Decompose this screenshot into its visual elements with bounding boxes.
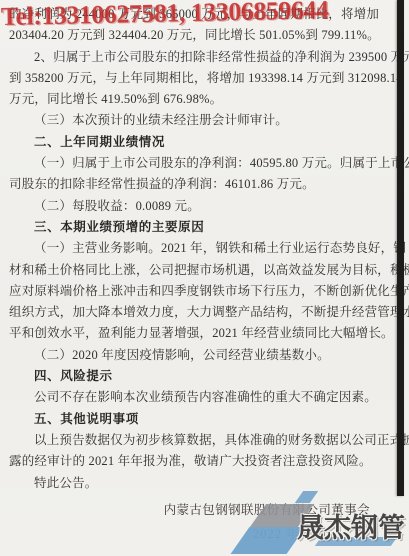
- text-line: （三）本次预计的业绩未经注册会计师审计。: [9, 110, 395, 131]
- text-line: 材和稀土价格同比上涨，公司把握市场机遇，以高效益发展为目标，积极: [9, 260, 395, 281]
- section-heading: 五、其他说明事项: [9, 409, 395, 430]
- text-line: （一）主营业务影响。2021 年，钢铁和稀土行业运行态势良好，钢: [9, 238, 395, 259]
- text-line: 司股东的扣除非经常性损益的净利润：46101.86 万元。: [9, 174, 395, 195]
- text-line: 万元，同比增长 419.50%到 676.98%。: [9, 89, 395, 110]
- scan-border: [397, 0, 404, 496]
- text-line: 公司不存在影响本次业绩预告内容准确性的重大不确定因素。: [9, 387, 395, 408]
- text-line: 2、归属于上市公司股东的扣除非经常性损益的净利润为 239500 万元: [9, 47, 395, 68]
- text-line: 组织方式，加大降本增效力度，大力调整产品结构，不断提升经营管理水: [9, 302, 395, 323]
- section-heading: 四、风险提示: [9, 366, 395, 387]
- text-line: （二）每股收益：0.0089 元。: [9, 196, 395, 217]
- text-line: （二）2020 年度因疫情影响，公司经营业绩基数小。: [9, 345, 395, 366]
- text-line: 以上预告数据仅为初步核算数据，具体准确的财务数据以公司正式披: [9, 430, 395, 451]
- text-line: 到 358200 万元，与上年同期相比，将增加 193398.14 万元到 31…: [9, 68, 395, 89]
- text-line: 露的经审计的 2021 年年报为准，敬请广大投资者注意投资风险。: [9, 451, 395, 472]
- brand-watermark-text: 晟杰钢管: [297, 506, 405, 545]
- section-heading: 二、上年同期业绩情况: [9, 132, 395, 153]
- announcement-page: 的净利润为 244000 万元到 365000 万元，与上年同期相比，将增加20…: [0, 0, 409, 556]
- brand-logo-icon: [231, 527, 306, 554]
- text-line: 应对原料端价格上涨冲击和四季度钢铁市场下行压力，不断创新优化生产: [9, 281, 395, 302]
- text-line: 特此公告。: [9, 473, 395, 494]
- text-line: 平和创效水平，盈利能力显著增强，2021 年经营业绩同比大幅增长。: [9, 323, 395, 344]
- document-body: 的净利润为 244000 万元到 365000 万元，与上年同期相比，将增加20…: [9, 4, 395, 494]
- section-heading: 三、本期业绩预增的主要原因: [9, 217, 395, 238]
- text-line: （一）归属于上市公司股东的净利润：40595.80 万元。归属于上市公: [9, 153, 395, 174]
